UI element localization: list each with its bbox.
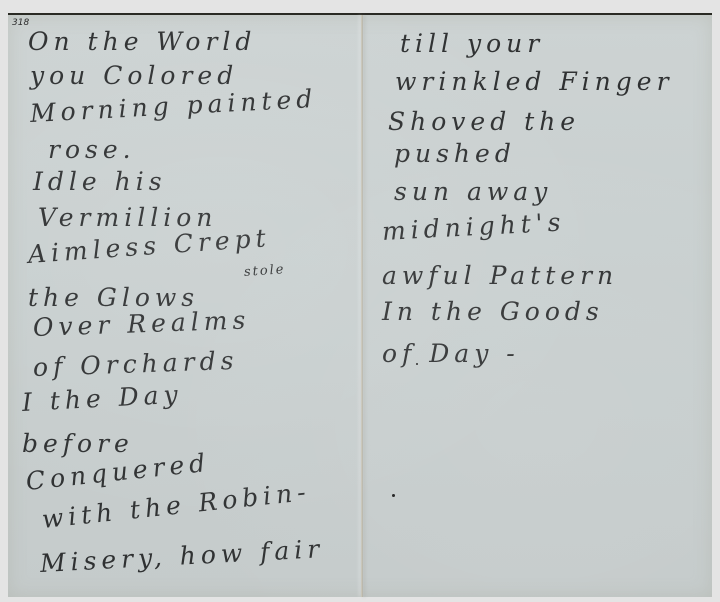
manuscript-page: 318 On the World you Colored Morning pai… [8, 13, 712, 597]
right-line-8: In the Goods [382, 297, 604, 326]
interlinear-note: stole [243, 262, 286, 280]
left-line-9: Over Realms [32, 305, 250, 342]
right-line-1: till your [400, 29, 544, 58]
left-line-5: Idle his [33, 167, 167, 196]
left-line-2: you Colored [30, 61, 238, 90]
left-line-11: I the Day [21, 380, 183, 417]
left-line-3: Morning painted [29, 84, 318, 128]
right-line-9: of Day - [382, 339, 520, 368]
right-line-7: awful Pattern [382, 261, 618, 290]
right-line-4: pushed [394, 139, 516, 168]
right-line-2: wrinkled Finger [395, 67, 674, 96]
page-fold-line [361, 15, 363, 597]
ink-dot [392, 494, 395, 497]
left-line-10: of Orchards [32, 346, 238, 382]
left-line-4: rose. [48, 135, 136, 164]
left-line-15: Misery, how fair [39, 534, 325, 578]
right-line-5: sun away [394, 177, 552, 206]
right-line-3: Shoved the [388, 107, 580, 136]
ink-dot [416, 363, 418, 365]
page-number: 318 [12, 18, 29, 28]
left-line-1: On the World [28, 27, 256, 56]
right-line-6: midnight's [381, 207, 566, 246]
left-line-12: before [22, 429, 134, 458]
